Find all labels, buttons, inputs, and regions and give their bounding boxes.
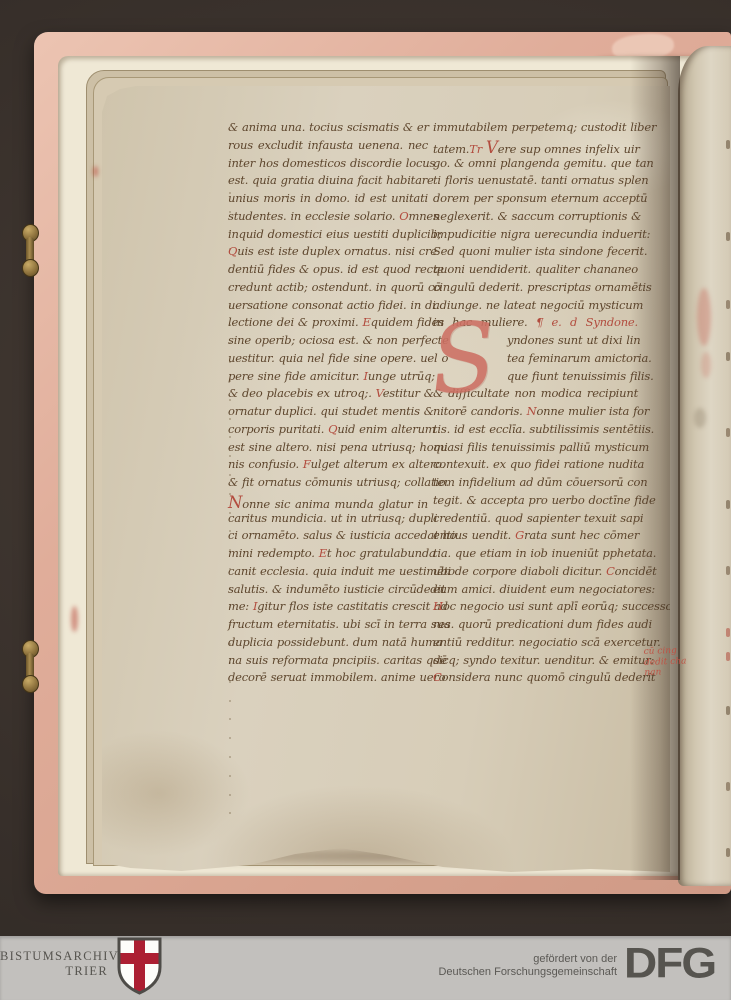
manuscript-line: & fit ornatus cōmunis utriusq; collatio. <box>228 475 428 493</box>
body-text: tem infidelium ad dūm cōuersorū con <box>433 475 647 489</box>
rubric-text: F <box>303 457 311 471</box>
body-text: contexuit. ex quo fidei ratione nudita <box>433 457 644 471</box>
facing-page-letter-fragment <box>726 352 730 361</box>
manuscript-line: dorem per sponsum eternum acceptū <box>433 191 638 209</box>
body-text: me: <box>228 599 253 613</box>
body-text: eum amici. diuident eum negociatores: <box>433 582 655 596</box>
manuscript-line: sicq; syndo texitur. uenditur. & emitur: <box>433 653 638 671</box>
funding-credit-line2: Deutschen Forschungsgemeinschaft <box>438 966 617 979</box>
body-text: go. & omni plangenda gemitu. que tan <box>433 156 654 170</box>
body-text: & fit ornatus cōmunis utriusq; collatio. <box>228 475 449 489</box>
rubric-text: N <box>527 404 537 418</box>
body-text: decorē seruat immobilem. anime uero <box>228 670 445 684</box>
body-text: entius uendit. <box>433 528 515 542</box>
body-text: ornatur duplici. qui studet mentis & <box>228 404 434 418</box>
manuscript-line: nis confusio. Fulget alterum ex altero. <box>228 457 428 475</box>
body-text: ere sup omnes infelix uir <box>498 142 640 156</box>
manuscript-line: sine operib; ociosa est. & non perfecte <box>228 333 428 351</box>
text-column-left: & anima una. tocius scismatis & errous e… <box>228 120 428 688</box>
body-text: t hoc gratulabunda <box>327 546 436 560</box>
manuscript-line: inquid domestici eius uestiti duplicib; <box>228 227 428 245</box>
body-text: rous excludit infausta uenena. nec <box>228 138 428 152</box>
rubric-text: N <box>228 493 242 512</box>
book-clasp-bottom <box>20 640 40 692</box>
facing-page-letter-fragment <box>726 566 730 575</box>
body-text: tegit. & accepta pro uerbo doctīne fide <box>433 493 656 507</box>
manuscript-line: entiū redditur. negociatio scā exercetur… <box>433 635 638 653</box>
body-text: fructum eternitatis. ubi scī in terra su… <box>228 617 450 631</box>
body-text: salutis. & indumēto iusticie circūdedit <box>228 582 445 596</box>
manuscript-line: entius uendit. Grata sunt hec cōmer <box>433 528 638 546</box>
manuscript-line: credentiū. quod sapienter texuit sapi <box>433 511 638 529</box>
body-text: ci ornamēto. salus & iusticia accedat ho <box>228 528 456 542</box>
manuscript-line: uestitur. quia nel fide sine opere. uel … <box>228 351 428 369</box>
body-text: mini redempto. <box>228 546 319 560</box>
body-text: dorem per sponsum eternum acceptū <box>433 191 647 205</box>
manuscript-line: impudicitie nigra uerecundia induerit: <box>433 227 638 245</box>
manuscript-line: ornatur duplici. qui studet mentis & <box>228 404 428 422</box>
clasp-knob <box>22 675 39 693</box>
facing-page-red-showthrough <box>697 288 711 346</box>
manuscript-line: unius moris in domo. id est unitati <box>228 191 428 209</box>
prick-mark <box>229 812 231 814</box>
body-text: lectione dei & proximi. <box>228 315 362 329</box>
manuscript-line: tegit. & accepta pro uerbo doctīne fide <box>433 493 638 511</box>
body-text: uid enim alterum <box>337 422 435 436</box>
body-text: gitur flos iste castitatis crescit ad <box>257 599 448 613</box>
manuscript-line: canit ecclesia. quia induit me uestimēto <box>228 564 428 582</box>
body-text: unius moris in domo. id est unitati <box>228 191 428 205</box>
manuscript-line: credunt actib; ostendunt. in quorū cō <box>228 280 428 298</box>
prick-mark <box>229 718 231 720</box>
rubric-text: e. d Syndone. <box>552 315 638 329</box>
parchment-page: & anima una. tocius scismatis & errous e… <box>102 86 670 872</box>
manuscript-line: rous excludit infausta uenena. nec <box>228 138 428 156</box>
facing-page-letter-fragment <box>726 628 730 637</box>
body-text: dentiū fides & opus. id est quod recte <box>228 262 444 276</box>
facing-page-letter-fragment <box>726 300 730 309</box>
marginal-note-line: nan <box>644 666 700 678</box>
manuscript-line: fructum eternitatis. ubi scī in terra su… <box>228 617 428 635</box>
manuscript-line: quasi filis tenuissimis palliū mysticum <box>433 440 638 458</box>
body-text: tis. id est ecclīa. subtilissimis sentēt… <box>433 422 654 436</box>
body-text: uersatione consonat actio fidei. in di <box>228 298 436 312</box>
body-text: quoni uendiderit. qualiter chananeo <box>433 262 638 276</box>
body-text: na suis reformata pncipiis. caritas qdē <box>228 653 447 667</box>
body-text: tia. que etiam in iob inueniūt pphetata. <box>433 546 656 560</box>
rubric-text: G <box>515 528 524 542</box>
manuscript-line: tis. id est ecclīa. subtilissimis sentēt… <box>433 422 638 440</box>
facing-page-letter-fragment <box>726 706 730 715</box>
manuscript-line: immutabilem perpetemq; custodit liber <box>433 120 638 138</box>
manuscript-line: Hoc negocio usi sunt aplī eorūq; success… <box>433 599 638 617</box>
manuscript-line: uersatione consonat actio fidei. in di <box>228 298 428 316</box>
manuscript-line: eum amici. diuident eum negociatores: <box>433 582 638 600</box>
body-text: sine operib; ociosa est. & non perfecte <box>228 333 449 347</box>
manuscript-line: Sed quoni mulier ista sindone fecerit. <box>433 244 638 262</box>
clasp-knob <box>22 259 39 277</box>
body-text: est sine altero. nisi pena utriusq; homi <box>228 440 448 454</box>
manuscript-line: salutis. & indumēto iusticie circūdedit <box>228 582 428 600</box>
manuscript-line: studentes. in ecclesie solario. Omnes <box>228 209 428 227</box>
bistum-trier-shield-logo <box>116 937 163 995</box>
body-text: onsidera nunc quomō cingulū dederit <box>442 670 656 684</box>
rubric-text: Q <box>328 422 337 436</box>
archive-name-line1: BISTUMSARCHIV <box>0 949 108 964</box>
facing-page-letter-fragment <box>726 652 730 661</box>
body-text: rata sunt hec cōmer <box>524 528 639 542</box>
archive-name-line2: TRIER <box>0 964 108 979</box>
manuscript-line: tatem.Tr Vere sup omnes infelix uir <box>433 138 638 156</box>
prick-mark <box>229 700 231 702</box>
rubric-text: C <box>433 670 442 684</box>
body-text: immutabilem perpetemq; custodit liber <box>433 120 656 134</box>
manuscript-line: duplicia possidebunt. dum natā huma <box>228 635 428 653</box>
rubric-text: V <box>486 138 498 157</box>
body-text: inter hos domesticos discordie locus <box>228 156 435 170</box>
body-text: estitur & <box>383 386 434 400</box>
rubric-text: V <box>376 386 383 400</box>
prick-mark <box>229 794 231 796</box>
body-text: impudicitie nigra uerecundia induerit: <box>433 227 650 241</box>
manuscript-line: cingulū dederit. prescriptas ornamētis <box>433 280 638 298</box>
body-text: uis est iste duplex ornatus. nisi cre <box>237 244 437 258</box>
manuscript-line: & deo placebis ex utroq;. Vestitur & <box>228 386 428 404</box>
body-text: caritus mundicia. ut in utriusq; dupli <box>228 511 437 525</box>
prick-mark <box>229 775 231 777</box>
body-text: quasi filis tenuissimis palliū mysticum <box>433 440 649 454</box>
manuscript-line: est sine altero. nisi pena utriusq; homi <box>228 440 428 458</box>
manuscript-line: corporis puritati. Quid enim alterum <box>228 422 428 440</box>
rubric-text: E <box>319 546 327 560</box>
marginal-note: cū cingdedit chanan <box>643 645 700 678</box>
body-text: ubi de corpore diaboli dicitur. <box>433 564 606 578</box>
manuscript-line: tia. que etiam in iob inueniūt pphetata. <box>433 546 638 564</box>
facing-page <box>678 46 731 886</box>
facing-page-letter-fragment <box>726 500 730 509</box>
dfg-logo: DFG <box>624 938 715 988</box>
manuscript-line: est. quia gratia diuina facit habitare <box>228 173 428 191</box>
body-text: res. quorū predicationi dum fides audi <box>433 617 652 631</box>
body-text: est. quia gratia diuina facit habitare <box>228 173 434 187</box>
manuscript-line: na suis reformata pncipiis. caritas qdē <box>228 653 428 671</box>
facing-page-ink-showthrough <box>694 408 706 428</box>
rubric-text: C <box>606 564 615 578</box>
manuscript-line: neglexerit. & saccum corruptionis & <box>433 209 638 227</box>
prick-mark <box>229 756 231 758</box>
facing-page-letter-fragment <box>726 428 730 437</box>
manuscript-line: lectione dei & proximi. Equidem fides <box>228 315 428 333</box>
body-text: inquid domestici eius uestiti duplicib; <box>228 227 441 241</box>
manuscript-line: ci ornamēto. salus & iusticia accedat ho <box>228 528 428 546</box>
facing-page-letter-fragment <box>726 140 730 149</box>
body-text: ulget alterum ex altero. <box>311 457 445 471</box>
rubric-text: E <box>362 315 370 329</box>
body-text: & deo placebis ex utroq;. <box>228 386 376 400</box>
manuscript-line: decorē seruat immobilem. anime uero <box>228 670 428 688</box>
body-text: Sed quoni mulier ista sindone fecerit. <box>433 244 647 258</box>
body-text: sicq; syndo texitur. uenditur. & emitur: <box>433 653 654 667</box>
manuscript-line: Considera nunc quomō cingulū dederit <box>433 670 638 688</box>
prick-mark <box>229 737 231 739</box>
body-text: tatem. <box>433 142 469 156</box>
manuscript-line: Quis est iste duplex ornatus. nisi cre <box>228 244 428 262</box>
rubric-text: Q <box>228 244 237 258</box>
manuscript-line: me: Igitur flos iste castitatis crescit … <box>228 599 428 617</box>
manuscript-line: dentiū fides & opus. id est quod recte <box>228 262 428 280</box>
facing-page-letter-fragment <box>726 232 730 241</box>
manuscript-line: res. quorū predicationi dum fides audi <box>433 617 638 635</box>
archive-name: BISTUMSARCHIV TRIER <box>0 949 108 979</box>
body-text: credentiū. quod sapienter texuit sapi <box>433 511 643 525</box>
body-text: neglexerit. & saccum corruptionis & <box>433 209 641 223</box>
drop-cap-initial: S <box>428 320 498 398</box>
body-text: onne sic anima munda glatur in <box>242 497 428 511</box>
body-text: duplicia possidebunt. dum natā huma <box>228 635 442 649</box>
facing-page-letter-fragment <box>726 782 730 791</box>
facing-page-letter-fragment <box>726 848 730 857</box>
manuscript-line: ubi de corpore diaboli dicitur. Concidēt <box>433 564 638 582</box>
body-text: uestitur. quia nel fide sine opere. uel … <box>228 351 448 365</box>
manuscript-line: pere sine fide amicitur. Iunge utrūq; <box>228 369 428 387</box>
manuscript-line: tem infidelium ad dūm cōuersorū con <box>433 475 638 493</box>
manuscript-line: Nonne sic anima munda glatur in <box>228 493 428 511</box>
manuscript-line: contexuit. ex quo fidei ratione nudita <box>433 457 638 475</box>
manuscript-line: & anima una. tocius scismatis & er <box>228 120 428 138</box>
body-text: yndones sunt ut dixi lin <box>507 333 640 347</box>
manuscript-line: go. & omni plangenda gemitu. que tan <box>433 156 638 174</box>
manuscript-line: quoni uendiderit. qualiter chananeo <box>433 262 638 280</box>
body-text: credunt actib; ostendunt. in quorū cō <box>228 280 441 294</box>
funding-credit-line1: gefördert von der <box>438 953 617 966</box>
body-text: canit ecclesia. quia induit me uestimēto <box>228 564 455 578</box>
manuscript-line: caritus mundicia. ut in utriusq; dupli <box>228 511 428 529</box>
body-text: cingulū dederit. prescriptas ornamētis <box>433 280 652 294</box>
body-text: studentes. in ecclesie solario. <box>228 209 399 223</box>
fore-edge-red-streak <box>71 606 78 632</box>
manuscript-line: mini redempto. Et hoc gratulabunda <box>228 546 428 564</box>
digitized-manuscript-photo: & anima una. tocius scismatis & errous e… <box>0 0 731 1000</box>
gutter-shadow <box>630 56 680 880</box>
body-text: unge utrūq; <box>368 369 435 383</box>
body-text: & anima una. tocius scismatis & er <box>228 120 429 134</box>
body-text <box>543 315 551 329</box>
body-text: pere sine fide amicitur. <box>228 369 363 383</box>
manuscript-line: ti floris uenustatē. tanti ornatus splen <box>433 173 638 191</box>
rubric-text: H <box>433 599 443 613</box>
body-text: ti floris uenustatē. tanti ornatus splen <box>433 173 648 187</box>
rubric-text: O <box>399 209 408 223</box>
rubric-text: Tr <box>469 142 486 156</box>
facing-page-red-showthrough-2 <box>701 352 711 378</box>
body-text: nis confusio. <box>228 457 303 471</box>
credit-banner: BISTUMSARCHIV TRIER gefördert von der De… <box>0 936 731 1000</box>
body-text: corporis puritati. <box>228 422 328 436</box>
manuscript-line: inter hos domesticos discordie locus <box>228 156 428 174</box>
book-clasp-top <box>20 224 40 276</box>
body-text: entiū redditur. negociatio scā exercetur… <box>433 635 661 649</box>
funding-credit: gefördert von der Deutschen Forschungsge… <box>438 953 617 979</box>
fore-edge-red-mark <box>93 166 98 177</box>
